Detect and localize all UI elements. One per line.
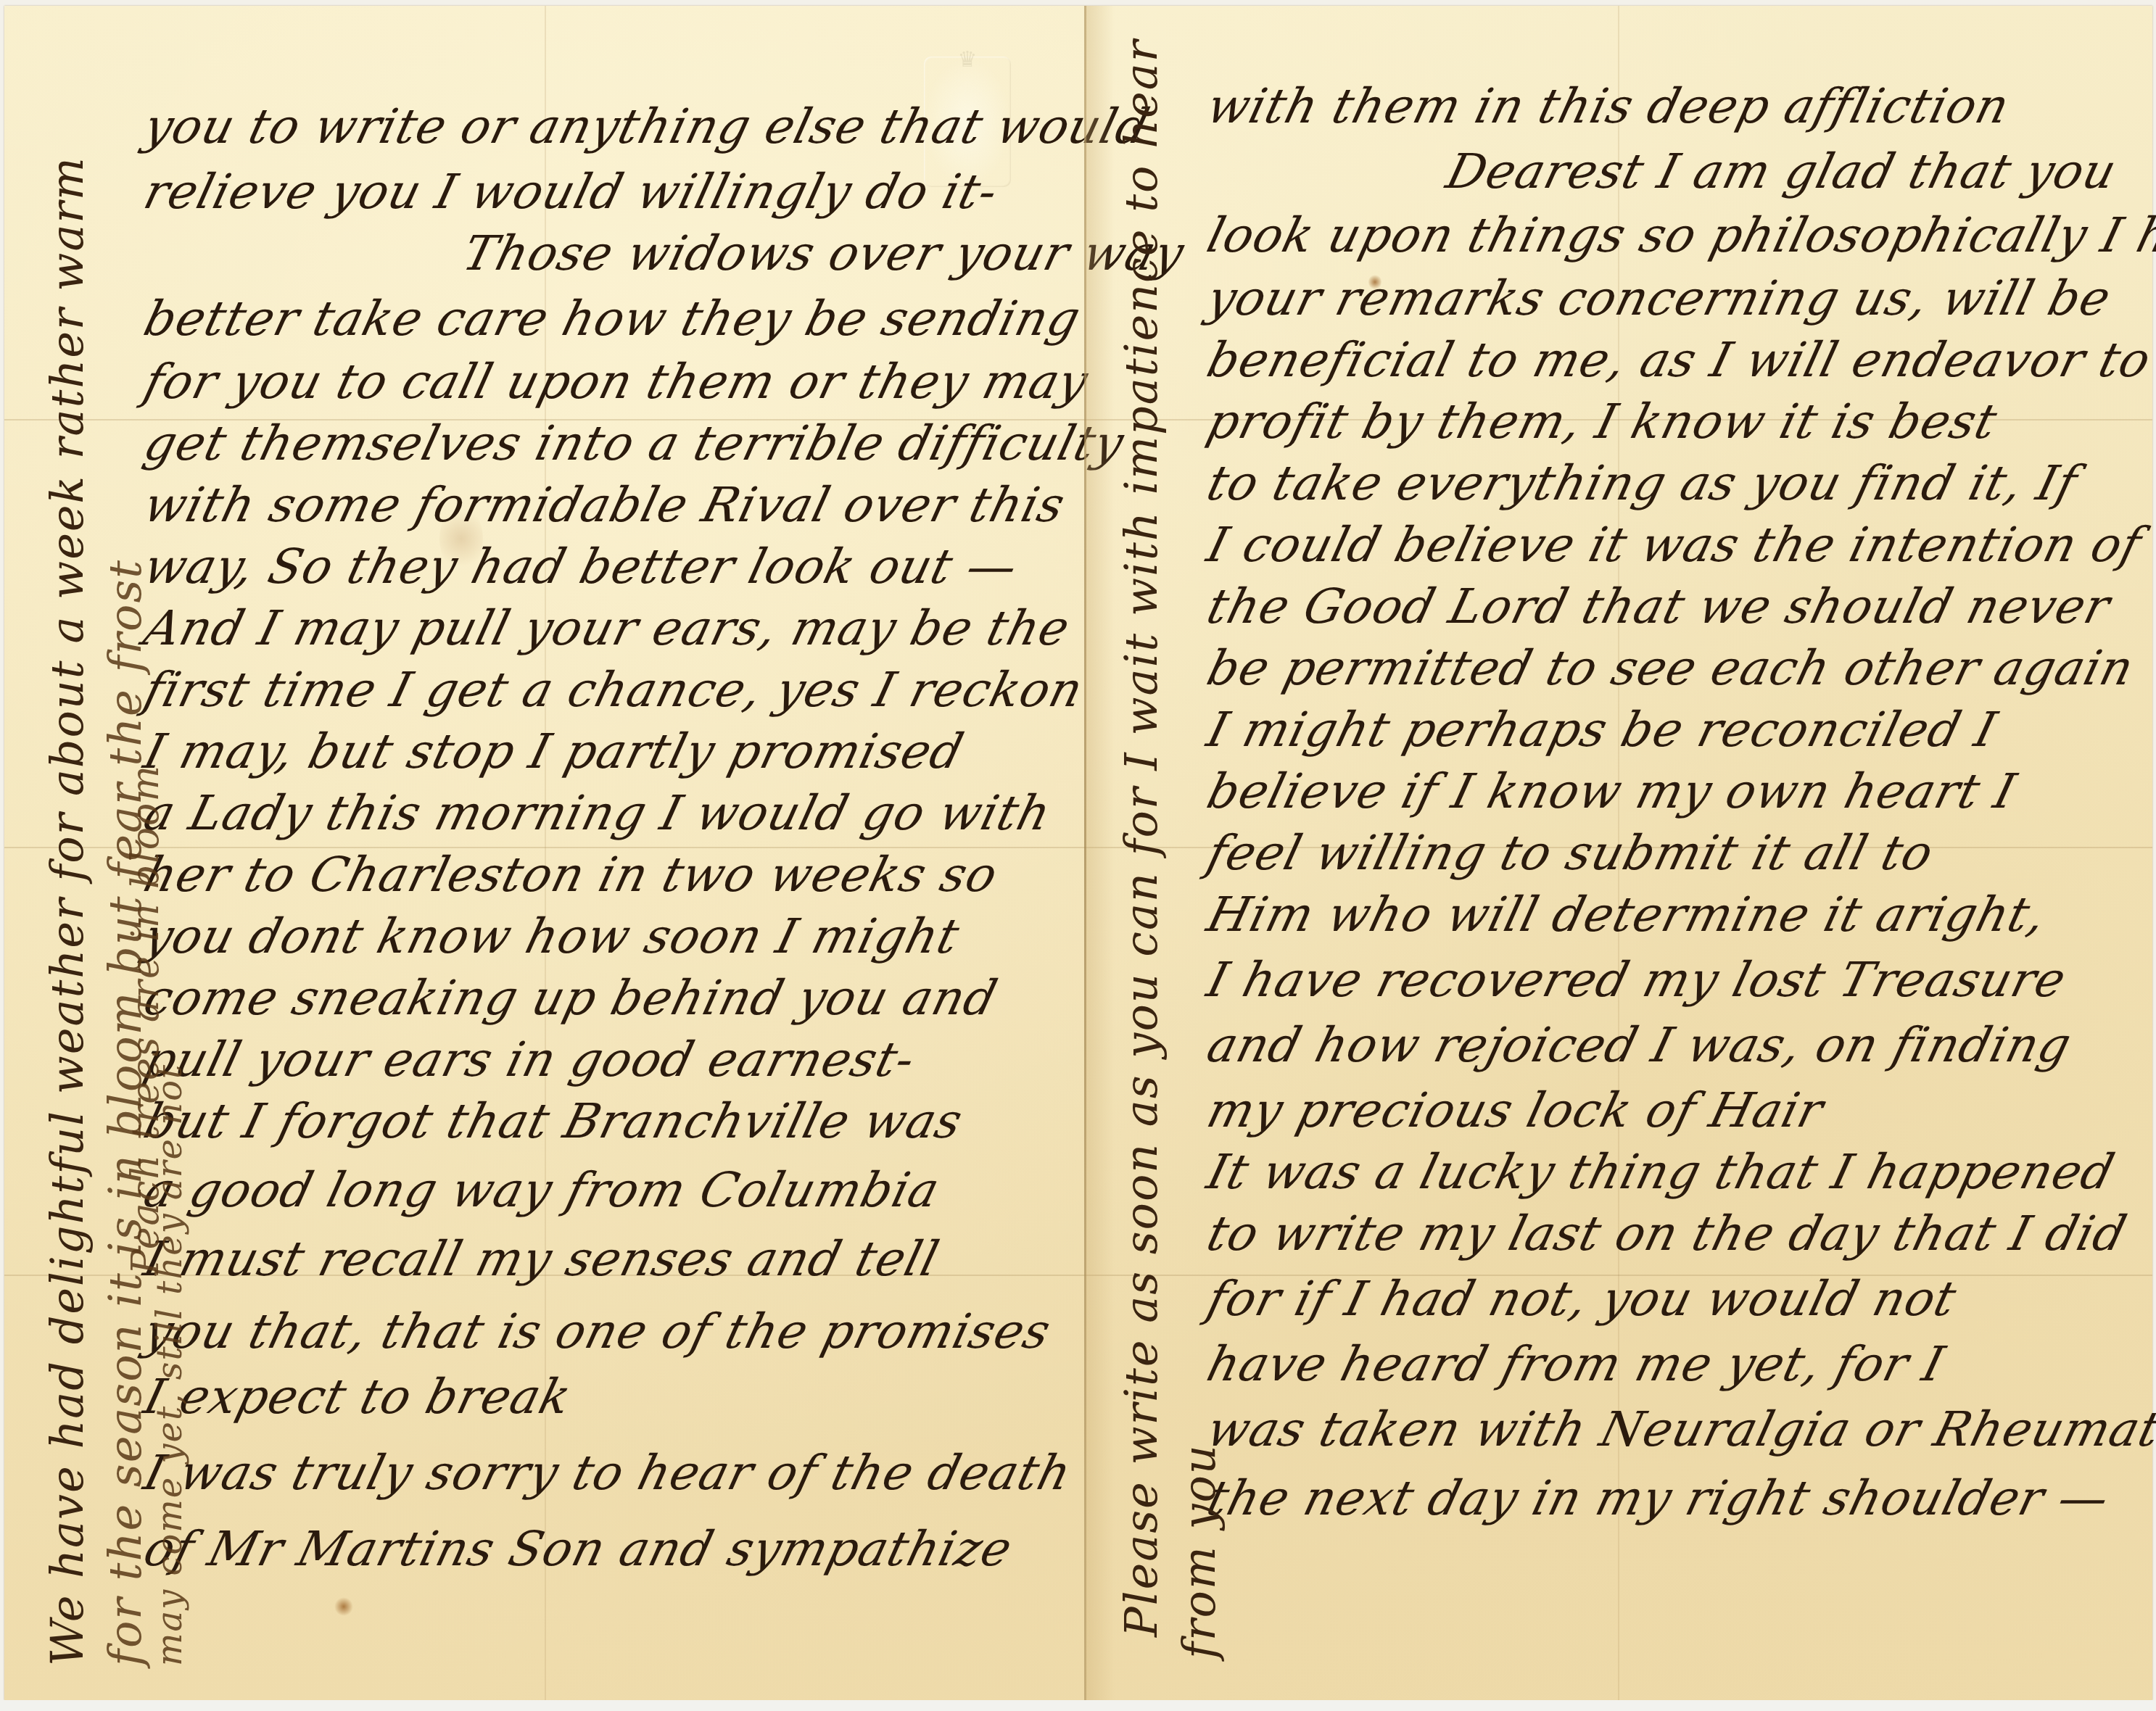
text-line: look upon things so philosophically I ho… [1202,207,2156,263]
text-line: pull your ears in good earnest- [139,1032,921,1087]
text-line: feel willing to submit it all to [1202,825,1939,881]
margin-note-vertical: from you [1173,1443,1226,1659]
text-line: better take care how they be sending [139,291,1086,347]
text-line: to take everything as you find it, If [1202,455,2083,511]
text-line: It was a lucky thing that I happened [1202,1144,2120,1200]
text-line: I might perhaps be reconciled I [1202,702,2003,758]
text-line: your remarks concerning us, will be [1202,270,2117,326]
text-line: come sneaking up behind you and [139,970,1003,1026]
text-line: be permitted to see each other again [1202,640,2139,696]
text-line: Those widows over your way [139,225,1190,281]
text-line: have heard from me yet, for I [1202,1336,1951,1392]
text-line: Dearest I am glad that you [1202,144,2123,199]
text-line: way, So they had better look out — [139,539,1023,594]
scan-border [0,1700,2156,1711]
text-line: but I forgot that Branchville was [139,1093,968,1149]
text-line: you dont know how soon I might [139,908,965,964]
text-line: and how rejoiced I was, on finding [1202,1017,2077,1073]
text-line: you that, that is one of the promises [139,1304,1057,1359]
text-line: to write my last on the day that I did [1202,1206,2133,1261]
text-line: the Good Lord that we should never [1202,579,2116,634]
text-line: I have recovered my lost Treasure [1202,952,2072,1008]
text-line: for if I had not, you would not [1202,1271,1962,1327]
ink-stain [334,1597,353,1616]
text-line: beneficial to me, as I will endeavor to [1202,332,2156,388]
text-line: first time I get a chance, yes I reckon [139,662,1089,718]
text-line: of Mr Martins Son and sympathize [139,1521,1018,1577]
text-line: with some formidable Rival over this [139,477,1071,533]
text-line: you to write or anything else that would [139,99,1155,154]
text-line: I was truly sorry to hear of the death [139,1445,1077,1501]
text-line: a Lady this morning I would go with [139,785,1057,841]
text-line: I may, but stop I partly promised [139,724,970,779]
left-page: ♛ you to write or anything else that wou… [4,6,1086,1700]
text-line: believe if I know my own heart I [1202,763,2022,819]
margin-note-vertical: may come yet, still they are not [149,1064,190,1666]
text-line: a good long way from Columbia [139,1162,946,1218]
text-line: was taken with Neuralgia or Rheumatism [1202,1401,2156,1457]
text-line: with them in this deep affliction [1202,78,2015,134]
margin-note-vertical: Please write as soon as you can for I wa… [1115,39,1168,1637]
text-line: Him who will determine it aright, [1202,887,2052,942]
text-line: I must recall my senses and tell [139,1231,945,1287]
text-line: get themselves into a terrible difficult… [139,415,1130,471]
text-line: the next day in my right shoulder — [1202,1470,2115,1526]
text-line: I expect to break [139,1369,577,1425]
margin-note-vertical: We have had delightful weather for about… [41,156,94,1666]
text-line: her to Charleston in two weeks so [139,847,1004,903]
crown-emboss-icon: ♛ [938,49,996,71]
right-page: with them in this deep affliction Deares… [1086,6,2152,1700]
text-line: relieve you I would willingly do it- [139,164,1004,220]
text-line: profit by them, I know it is best [1202,394,2003,449]
text-line: I could believe it was the intention of [1202,517,2147,573]
letter-sheet: ♛ you to write or anything else that wou… [4,6,2152,1700]
text-line: for you to call upon them or they may [139,354,1094,410]
text-line: And I may pull your ears, may be the [139,600,1075,656]
text-line: my precious lock of Hair [1202,1082,1830,1138]
